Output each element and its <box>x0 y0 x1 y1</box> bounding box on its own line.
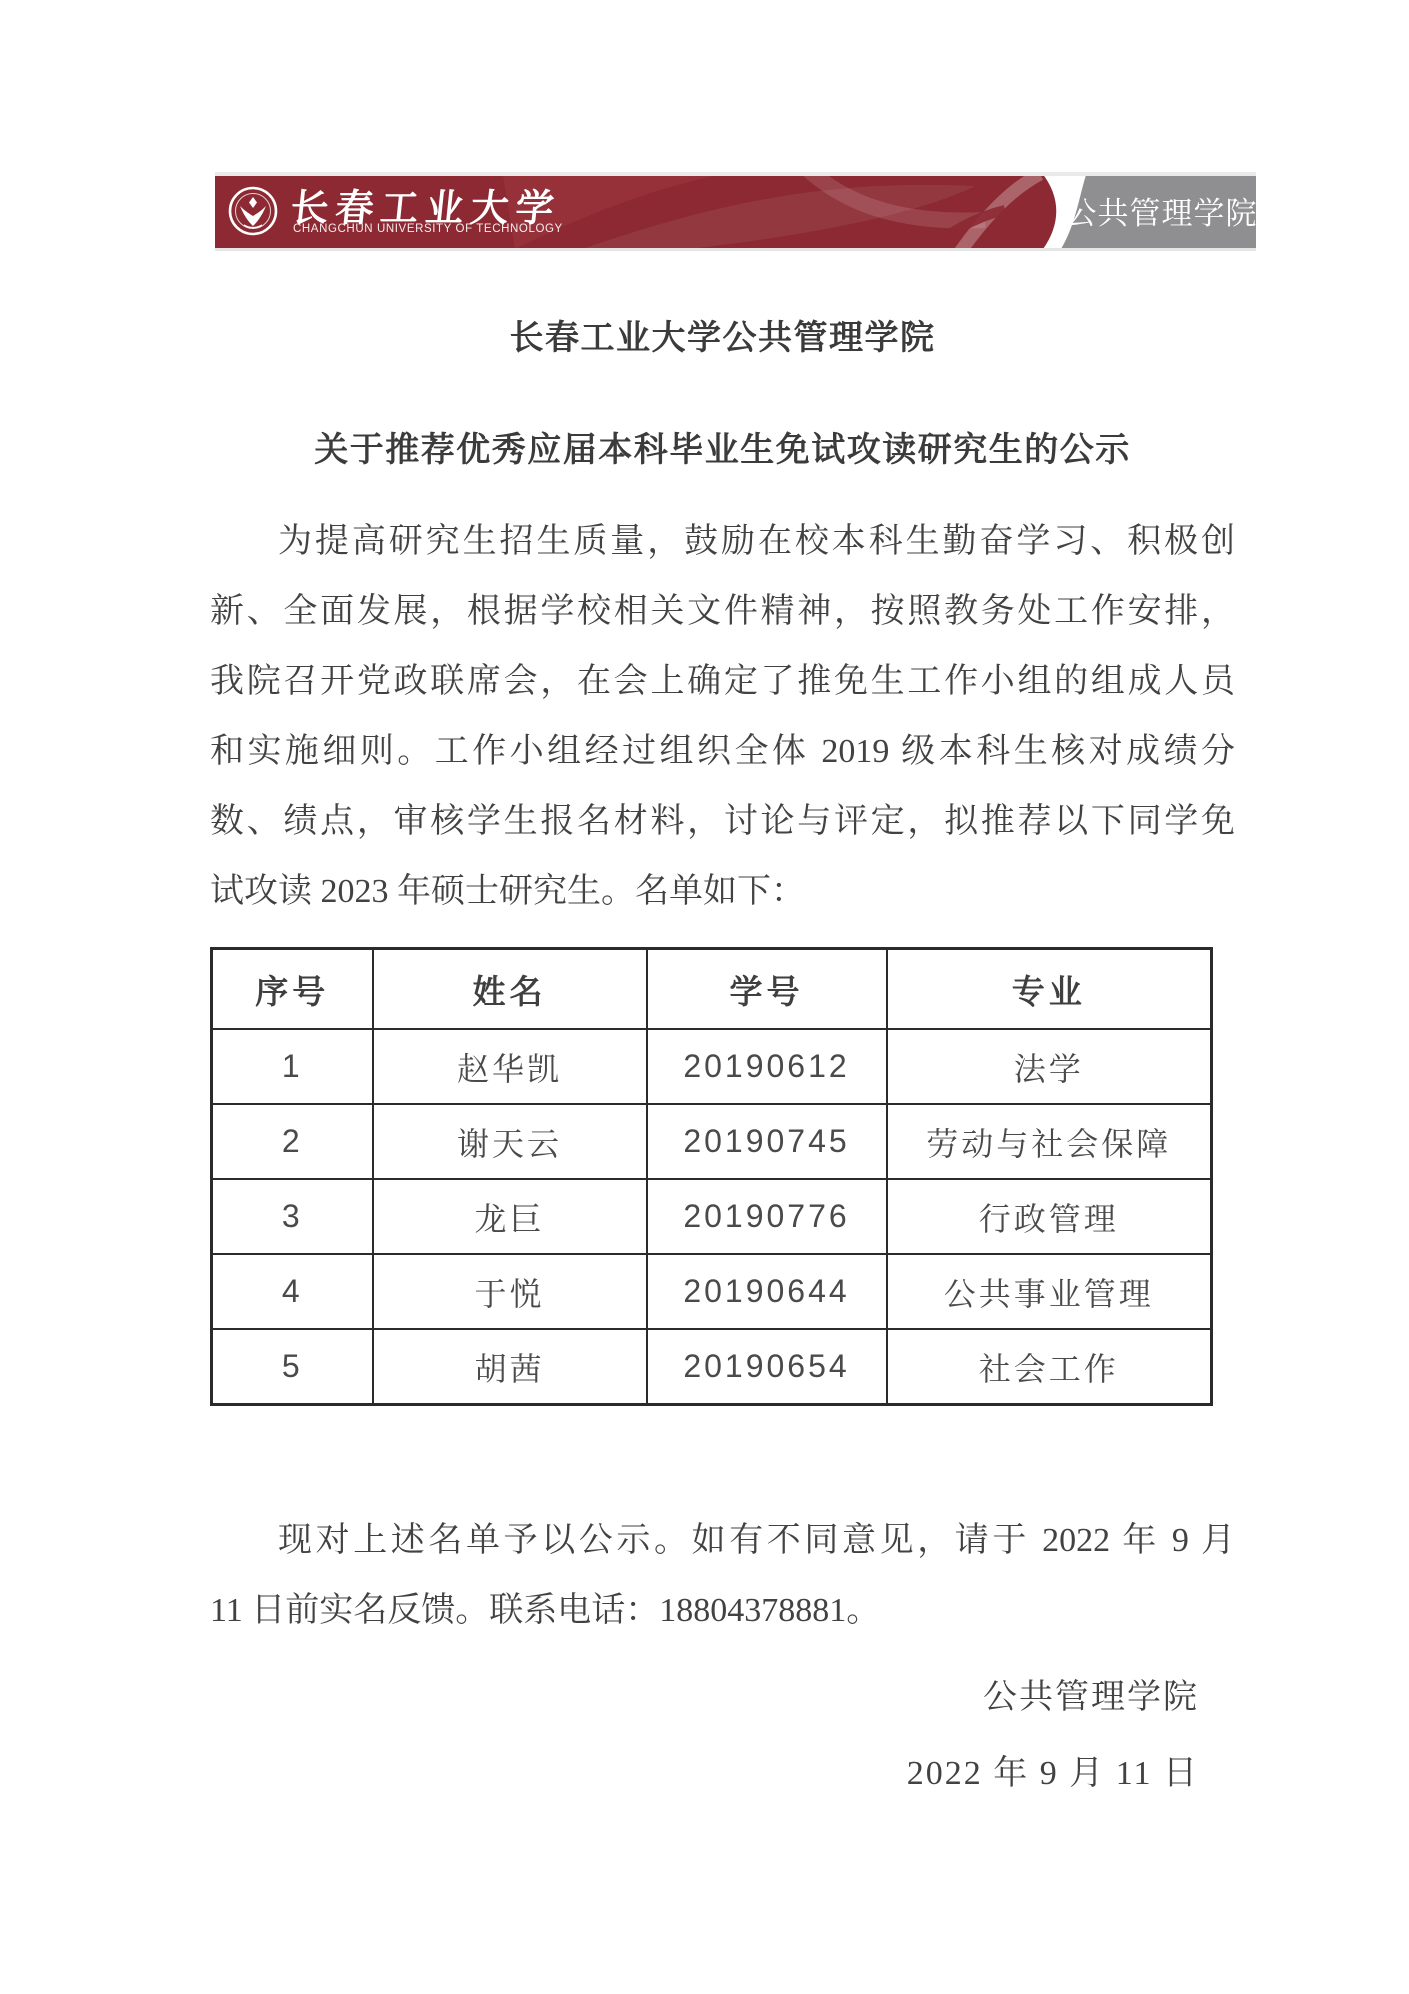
cell-major: 行政管理 <box>887 1179 1212 1254</box>
cell-student-id: 20190654 <box>647 1329 887 1405</box>
paragraph-line: 数、绩点，审核学生报名材料，讨论与评定，拟推荐以下同学免 <box>210 787 1235 857</box>
cell-index: 4 <box>212 1254 373 1329</box>
page-title: 长春工业大学公共管理学院 <box>210 317 1235 359</box>
header-banner: 长春工业大学 CHANGCHUN UNIVERSITY OF TECHNOLOG… <box>215 172 1256 249</box>
table-row: 5 胡茜 20190654 社会工作 <box>212 1329 1212 1405</box>
paragraph-line: 为提高研究生招生质量，鼓励在校本科生勤奋学习、积极创 <box>210 507 1235 577</box>
col-header-student-id: 学号 <box>647 949 887 1030</box>
cell-major: 法学 <box>887 1029 1212 1104</box>
closing-line: 现对上述名单予以公示。如有不同意见，请于 2022 年 9 月 <box>210 1506 1235 1576</box>
cell-major: 社会工作 <box>887 1329 1212 1405</box>
cell-index: 5 <box>212 1329 373 1405</box>
closing-line: 11 日前实名反馈。联系电话：18804378881。 <box>210 1576 1235 1646</box>
table-row: 1 赵华凯 20190612 法学 <box>212 1029 1212 1104</box>
table-row: 4 于悦 20190644 公共事业管理 <box>212 1254 1212 1329</box>
cell-student-id: 20190644 <box>647 1254 887 1329</box>
paragraph-line: 试攻读 2023 年硕士研究生。名单如下： <box>210 857 1235 927</box>
university-name-en: CHANGCHUN UNIVERSITY OF TECHNOLOGY <box>293 223 563 235</box>
intro-paragraph: 为提高研究生招生质量，鼓励在校本科生勤奋学习、积极创 新、全面发展，根据学校相关… <box>210 507 1235 927</box>
table-row: 2 谢天云 20190745 劳动与社会保障 <box>212 1104 1212 1179</box>
col-header-name: 姓名 <box>373 949 647 1030</box>
cell-student-id: 20190745 <box>647 1104 887 1179</box>
document-body: 长春工业大学公共管理学院 关于推荐优秀应届本科毕业生免试攻读研究生的公示 为提高… <box>210 249 1235 1812</box>
signature-department: 公共管理学院 <box>210 1660 1199 1736</box>
recommended-students-table: 序号 姓名 学号 专业 1 赵华凯 20190612 法学 2 谢天云 2019… <box>210 947 1213 1406</box>
university-seal-icon <box>227 185 279 237</box>
paragraph-line: 新、全面发展，根据学校相关文件精神，按照教务处工作安排， <box>210 577 1235 647</box>
table-header-row: 序号 姓名 学号 专业 <box>212 949 1212 1030</box>
cell-major: 劳动与社会保障 <box>887 1104 1212 1179</box>
table-row: 3 龙巨 20190776 行政管理 <box>212 1179 1212 1254</box>
cell-name: 于悦 <box>373 1254 647 1329</box>
paragraph-line: 我院召开党政联席会，在会上确定了推免生工作小组的组成人员 <box>210 647 1235 717</box>
closing-paragraph: 现对上述名单予以公示。如有不同意见，请于 2022 年 9 月 11 日前实名反… <box>210 1506 1235 1646</box>
cell-student-id: 20190612 <box>647 1029 887 1104</box>
cell-name: 龙巨 <box>373 1179 647 1254</box>
paragraph-line: 和实施细则。工作小组经过组织全体 2019 级本科生核对成绩分 <box>210 717 1235 787</box>
cell-name: 谢天云 <box>373 1104 647 1179</box>
col-header-index: 序号 <box>212 949 373 1030</box>
signature-date: 2022 年 9 月 11 日 <box>210 1736 1199 1812</box>
cell-index: 3 <box>212 1179 373 1254</box>
announcement-title: 关于推荐优秀应届本科毕业生免试攻读研究生的公示 <box>210 429 1235 471</box>
col-header-major: 专业 <box>887 949 1212 1030</box>
cell-index: 2 <box>212 1104 373 1179</box>
department-name: 公共管理学院 <box>1067 172 1256 249</box>
cell-name: 胡茜 <box>373 1329 647 1405</box>
cell-name: 赵华凯 <box>373 1029 647 1104</box>
cell-major: 公共事业管理 <box>887 1254 1212 1329</box>
cell-student-id: 20190776 <box>647 1179 887 1254</box>
signature-block: 公共管理学院 2022 年 9 月 11 日 <box>210 1660 1235 1812</box>
cell-index: 1 <box>212 1029 373 1104</box>
